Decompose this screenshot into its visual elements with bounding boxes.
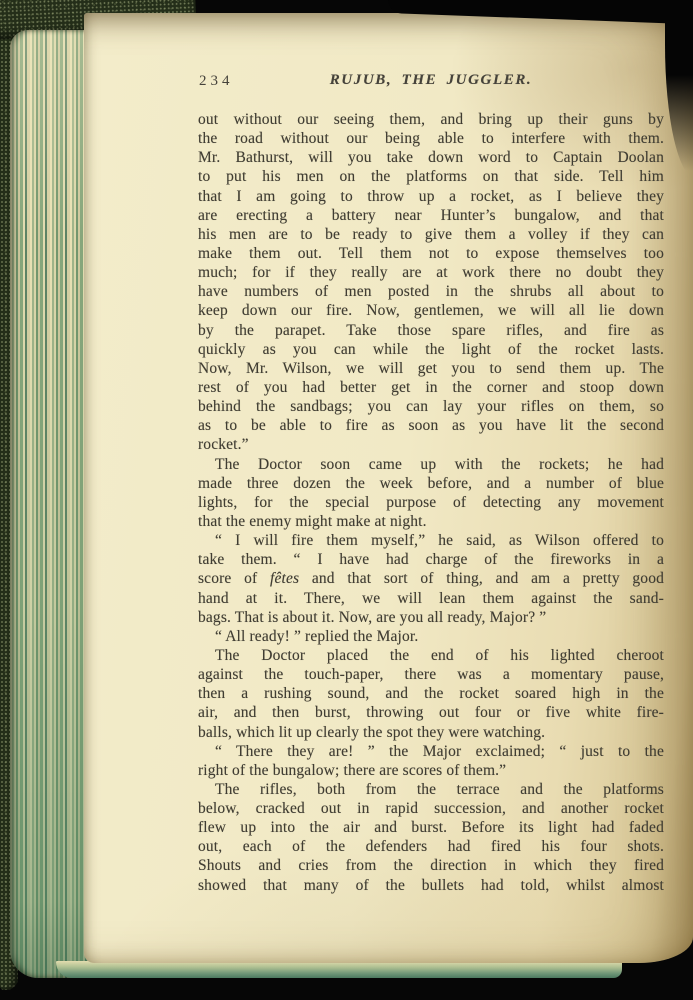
- text-line: flew up into the air and burst. Before i…: [198, 818, 664, 837]
- text-line: made three dozen the week before, and a …: [198, 474, 664, 493]
- text-line: hand at it. There, we will lean them aga…: [198, 589, 664, 608]
- text-line: out without our seeing them, and bring u…: [198, 110, 664, 129]
- text-line: balls, which lit up clearly the spot the…: [198, 723, 664, 742]
- text-line: The Doctor soon came up with the rockets…: [198, 455, 664, 474]
- text-line: take them. “ I have had charge of the fi…: [198, 550, 664, 569]
- text-line: the road without our being able to inter…: [198, 129, 664, 148]
- page-text: out without our seeing them, and bring u…: [198, 110, 664, 895]
- paragraph: The rifles, both from the terrace and th…: [198, 780, 664, 895]
- text-line: The Doctor placed the end of his lighted…: [198, 646, 664, 665]
- book-page: 234 RUJUB, THE JUGGLER. out without our …: [84, 13, 693, 963]
- text-line: rest of you had better get in the corner…: [198, 378, 664, 397]
- text-line: much; for if they really are at work the…: [198, 263, 664, 282]
- text-line: right of the bungalow; there are scores …: [198, 761, 664, 780]
- text-line: “ There they are! ” the Major exclaimed;…: [198, 742, 664, 761]
- paragraph: The Doctor soon came up with the rockets…: [198, 455, 664, 532]
- running-header: RUJUB, THE JUGGLER.: [198, 72, 664, 89]
- text-line: rocket.”: [198, 435, 664, 454]
- text-line: that the enemy might make at night.: [198, 512, 664, 531]
- text-line: below, cracked out in rapid succession, …: [198, 799, 664, 818]
- text-line: lights, for the special purpose of detec…: [198, 493, 664, 512]
- text-line: by the parapet. Take those spare rifles,…: [198, 321, 664, 340]
- text-line: quickly as you can while the light of th…: [198, 340, 664, 359]
- paragraph: out without our seeing them, and bring u…: [198, 110, 664, 455]
- text-line: Shouts and cries from the direction in w…: [198, 856, 664, 875]
- text-line: air, and then burst, throwing out four o…: [198, 703, 664, 722]
- page-number: 234: [199, 73, 234, 90]
- paragraph: “ All ready! ” replied the Major.: [198, 627, 664, 646]
- text-line: that I am going to throw up a rocket, as…: [198, 187, 664, 206]
- text-line: bags. That is about it. Now, are you all…: [198, 608, 664, 627]
- fore-edge-page-stack: [10, 30, 92, 978]
- text-line: “ All ready! ” replied the Major.: [198, 627, 664, 646]
- paragraph: “ There they are! ” the Major exclaimed;…: [198, 742, 664, 780]
- text-line: The rifles, both from the terrace and th…: [198, 780, 664, 799]
- text-line: then a rushing sound, and the rocket soa…: [198, 684, 664, 703]
- text-line: his men are to be ready to give them a v…: [198, 225, 664, 244]
- scanned-book-photo: 234 RUJUB, THE JUGGLER. out without our …: [0, 0, 693, 1000]
- text-line: are erecting a battery near Hunter’s bun…: [198, 206, 664, 225]
- text-line: “ I will fire them myself,” he said, as …: [198, 531, 664, 550]
- text-line: behind the sandbags; you can lay your ri…: [198, 397, 664, 416]
- page-header: 234 RUJUB, THE JUGGLER.: [198, 72, 664, 89]
- paragraph: “ I will fire them myself,” he said, as …: [198, 531, 664, 627]
- text-line: score of fêtes and that sort of thing, a…: [198, 569, 664, 588]
- paragraph: The Doctor placed the end of his lighted…: [198, 646, 664, 742]
- text-line: against the touch-paper, there was a mom…: [198, 665, 664, 684]
- text-line: as to be able to fire as soon as you hav…: [198, 416, 664, 435]
- text-line: Now, Mr. Wilson, we will get you to send…: [198, 359, 664, 378]
- text-line: have numbers of men posted in the shrubs…: [198, 282, 664, 301]
- text-line: Mr. Bathurst, will you take down word to…: [198, 148, 664, 167]
- text-line: to put his men on the platforms on that …: [198, 167, 664, 186]
- text-line: make them out. Tell them not to expose t…: [198, 244, 664, 263]
- text-line: keep down our fire. Now, gentlemen, we w…: [198, 301, 664, 320]
- text-line: out, each of the defenders had fired his…: [198, 837, 664, 856]
- bottom-page-edges: [56, 961, 622, 978]
- text-line: showed that many of the bullets had told…: [198, 876, 664, 895]
